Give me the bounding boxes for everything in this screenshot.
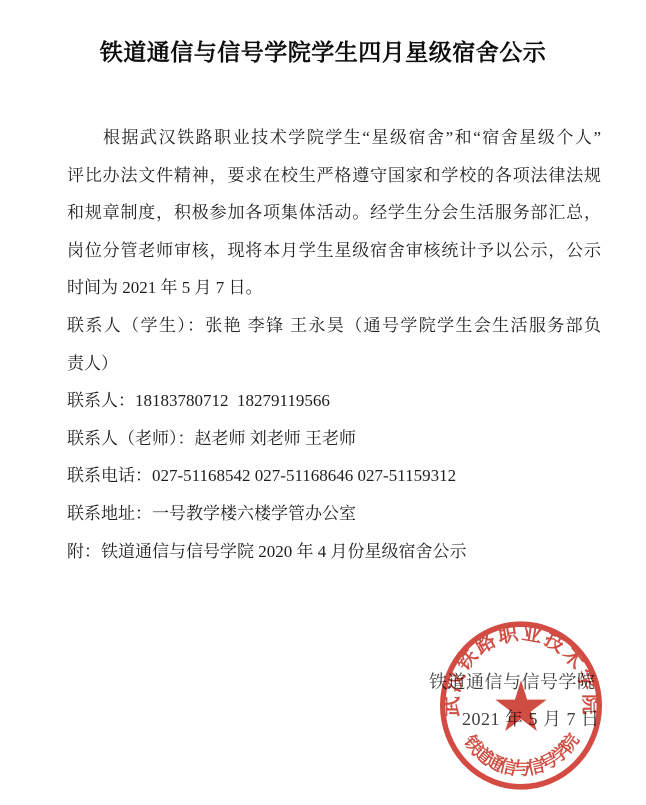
contact-students-line: 联系人（学生）：张艳 李锋 王永昊（通号学院学生会生活服务部负 bbox=[67, 307, 601, 345]
document-title: 铁道通信与信号学院学生四月星级宿舍公示 bbox=[0, 34, 646, 67]
contact-phones-line: 联系人：18183780712 18279119566 bbox=[67, 382, 601, 420]
body-line: 时间为 2021 年 5 月 7 日。 bbox=[67, 269, 601, 307]
body-line: 评比办法文件精神，要求在校生严格遵守国家和学校的各项法律法规 bbox=[67, 157, 601, 195]
red-star-icon bbox=[495, 680, 546, 731]
contact-teachers-line: 联系人（老师）：赵老师 刘老师 王老师 bbox=[67, 420, 601, 458]
contact-students-line-wrap: 责人） bbox=[67, 345, 601, 383]
document-body: 根据武汉铁路职业技术学院学生“星级宿舍”和“宿舍星级个人” 评比办法文件精神，要… bbox=[67, 119, 601, 570]
document-page: 铁道通信与信号学院学生四月星级宿舍公示 根据武汉铁路职业技术学院学生“星级宿舍”… bbox=[0, 0, 646, 805]
contact-address-line: 联系地址：一号教学楼六楼学管办公室 bbox=[67, 495, 601, 533]
seal-graphic: 武汉铁路职业技术学院 铁道通信与信号学院 bbox=[431, 612, 611, 799]
official-seal: 武汉铁路职业技术学院 铁道通信与信号学院 bbox=[431, 612, 611, 799]
contact-telephone-line: 联系电话：027-51168542 027-51168646 027-51159… bbox=[67, 457, 601, 495]
body-line: 根据武汉铁路职业技术学院学生“星级宿舍”和“宿舍星级个人” bbox=[67, 119, 601, 157]
attachment-line: 附：铁道通信与信号学院 2020 年 4 月份星级宿舍公示 bbox=[67, 533, 601, 571]
body-line: 和规章制度，积极参加各项集体活动。经学生分会生活服务部汇总， bbox=[67, 194, 601, 232]
body-line: 岗位分管老师审核，现将本月学生星级宿舍审核统计予以公示，公示 bbox=[67, 232, 601, 270]
